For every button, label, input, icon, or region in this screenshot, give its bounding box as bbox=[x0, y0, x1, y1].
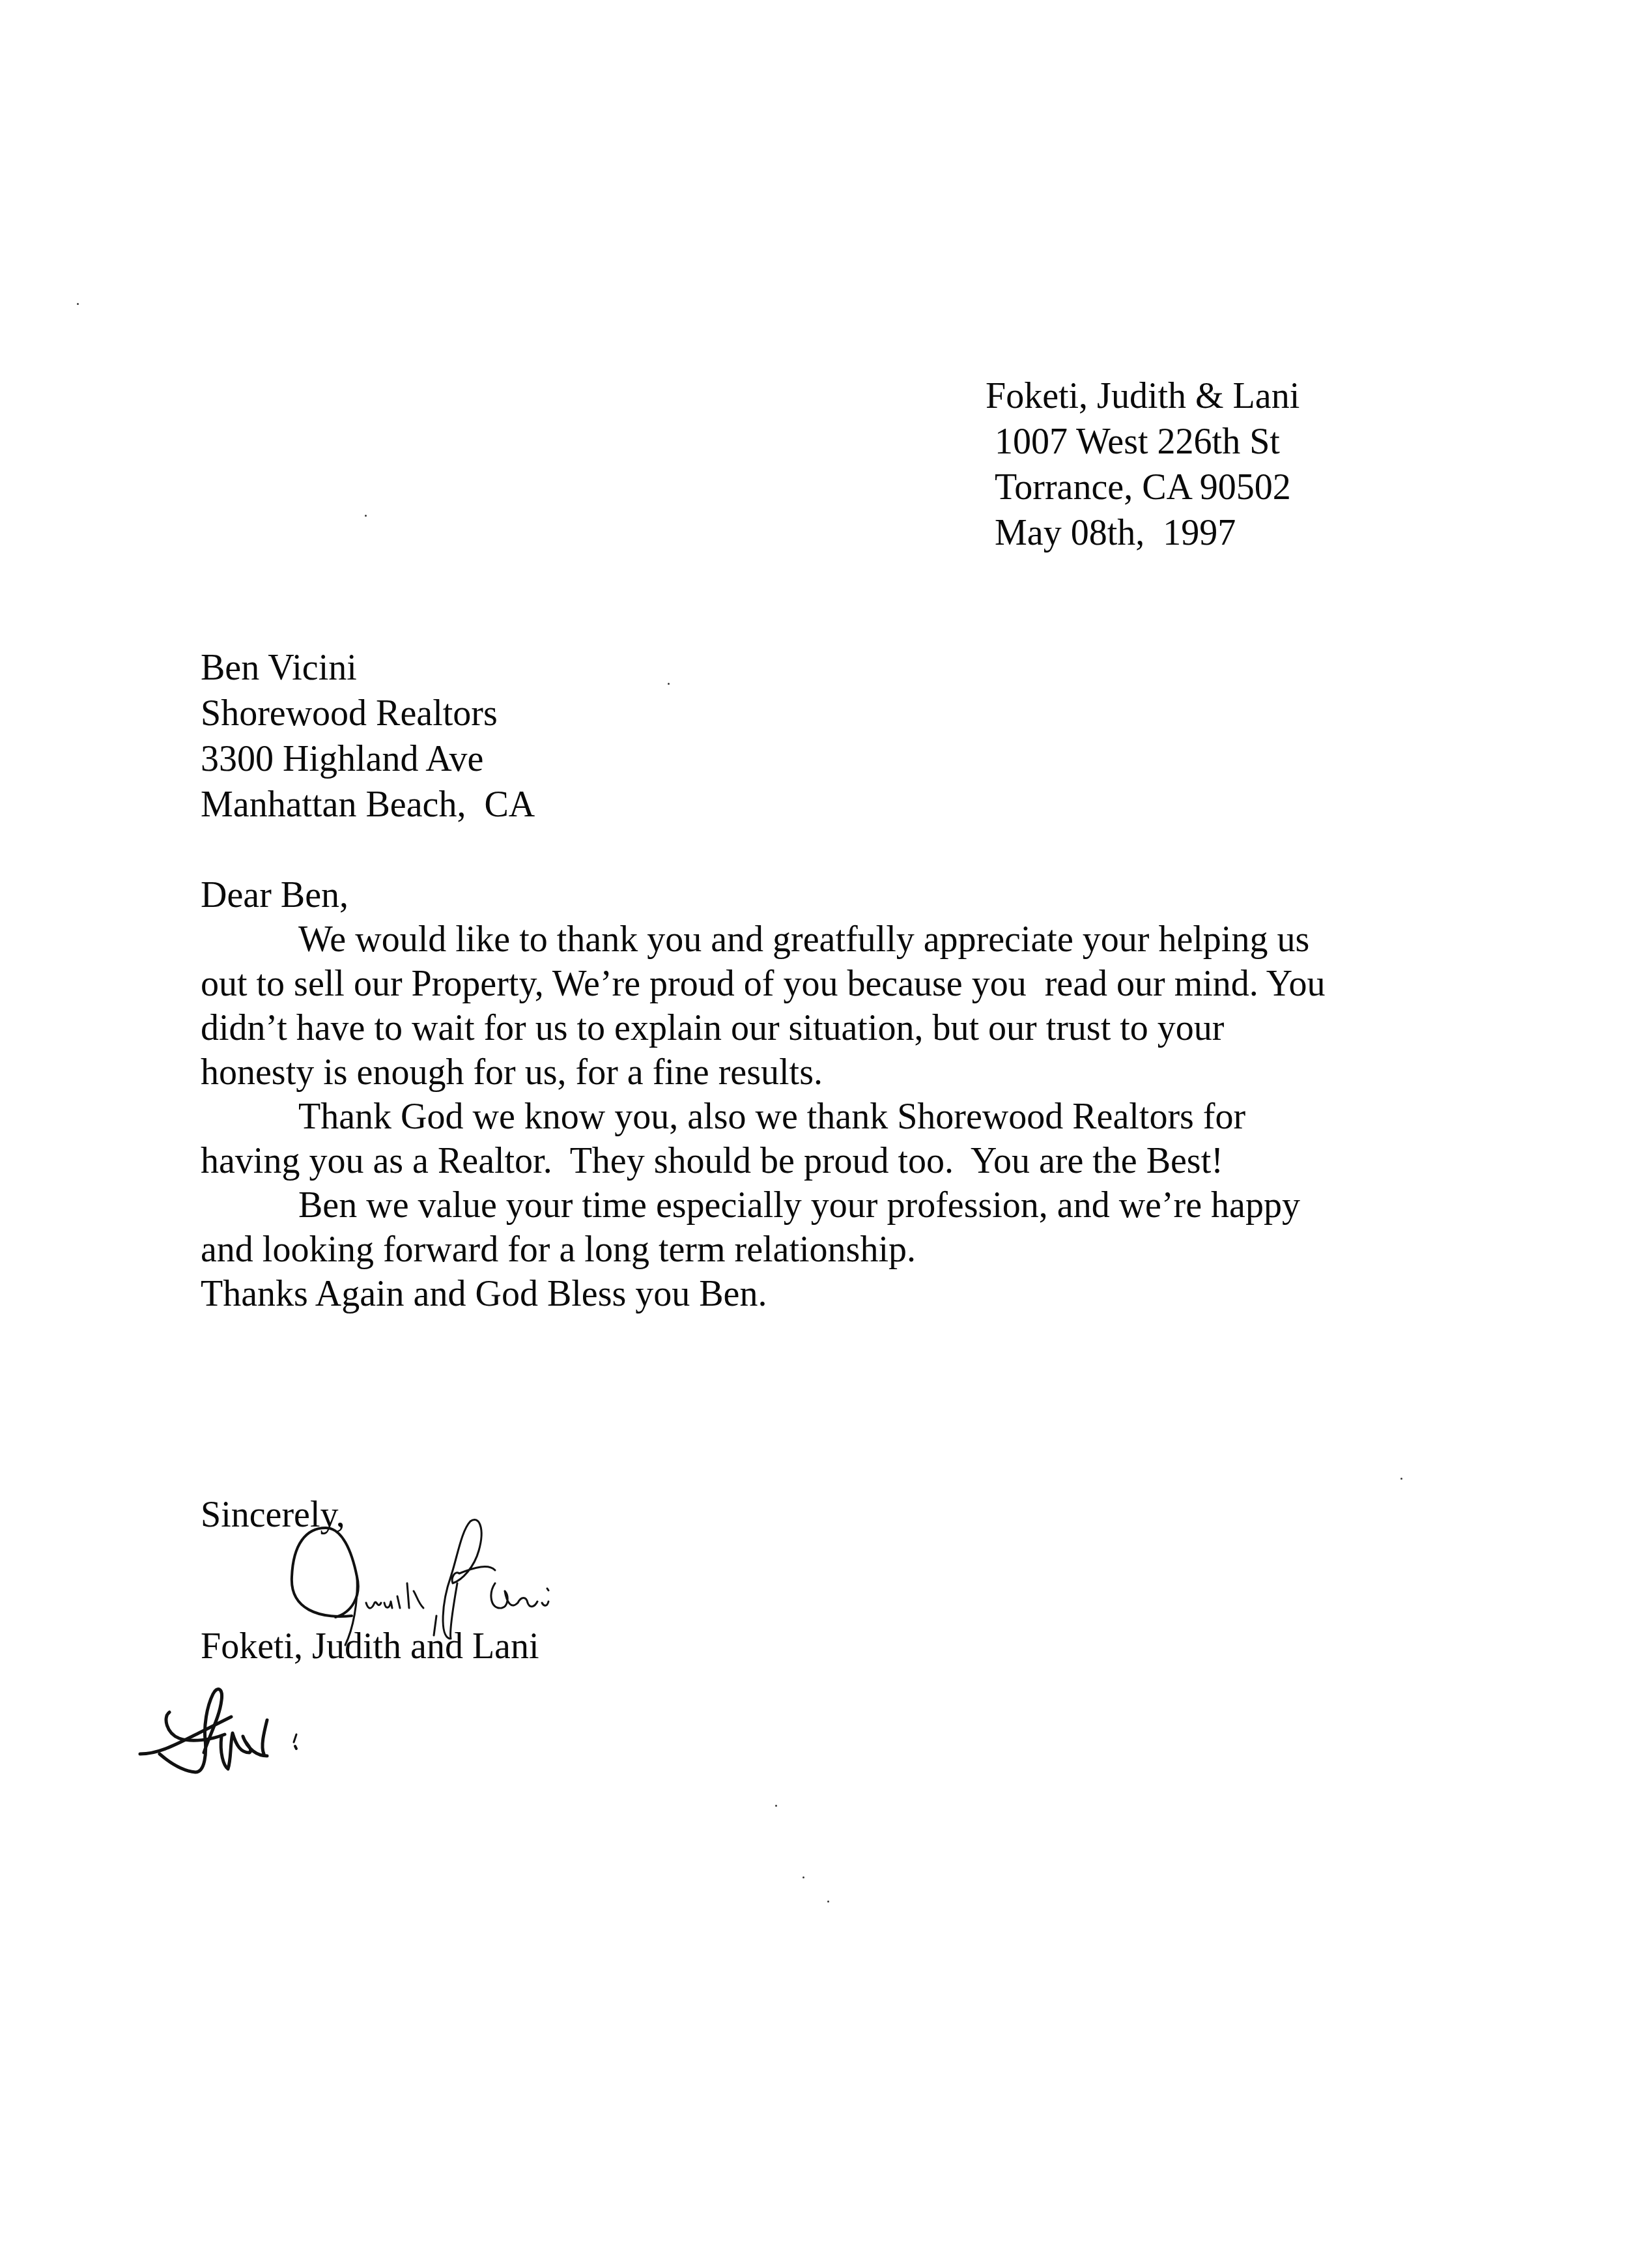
body-line: having you as a Realtor. They should be … bbox=[201, 1139, 1438, 1183]
recipient-street: 3300 Highland Ave bbox=[201, 736, 535, 782]
scan-speck bbox=[803, 1876, 804, 1878]
letter-date: May 08th, 1997 bbox=[995, 510, 1300, 556]
body-line: Ben we value your time especially your p… bbox=[201, 1183, 1438, 1227]
salutation: Dear Ben, bbox=[201, 873, 1438, 917]
body-line: We would like to thank you and greatfull… bbox=[201, 917, 1438, 962]
sender-address-block: Foketi, Judith & Lani 1007 West 226th St… bbox=[986, 373, 1300, 556]
body-line: didn’t have to wait for us to explain ou… bbox=[201, 1006, 1438, 1050]
scan-speck bbox=[668, 683, 670, 685]
letter-page: Foketi, Judith & Lani 1007 West 226th St… bbox=[0, 0, 1648, 2268]
handwritten-signature-foketi bbox=[134, 1681, 303, 1798]
recipient-name: Ben Vicini bbox=[201, 645, 535, 691]
body-line: Thanks Again and God Bless you Ben. bbox=[201, 1272, 1438, 1316]
scan-speck bbox=[77, 303, 79, 305]
scan-speck bbox=[365, 515, 367, 517]
scan-speck bbox=[1400, 1478, 1402, 1480]
recipient-city-state: Manhattan Beach, CA bbox=[201, 782, 535, 827]
body-line: and looking forward for a long term rela… bbox=[201, 1227, 1438, 1272]
recipient-address-block: Ben Vicini Shorewood Realtors 3300 Highl… bbox=[201, 645, 535, 827]
signed-name: Foketi, Judith and Lani bbox=[201, 1624, 539, 1669]
sender-street: 1007 West 226th St bbox=[995, 419, 1300, 465]
scan-speck bbox=[775, 1805, 777, 1807]
body-line: out to sell our Property, We’re proud of… bbox=[201, 962, 1438, 1006]
body-line: honesty is enough for us, for a fine res… bbox=[201, 1050, 1438, 1095]
signed-name-block: Foketi, Judith and Lani bbox=[201, 1624, 539, 1669]
scan-speck bbox=[827, 1901, 829, 1902]
letter-body: Dear Ben, We would like to thank you and… bbox=[201, 873, 1438, 1316]
body-line: Thank God we know you, also we thank Sho… bbox=[201, 1095, 1438, 1139]
sender-city-state-zip: Torrance, CA 90502 bbox=[995, 465, 1300, 510]
recipient-company: Shorewood Realtors bbox=[201, 691, 535, 736]
sender-name: Foketi, Judith & Lani bbox=[986, 373, 1300, 419]
